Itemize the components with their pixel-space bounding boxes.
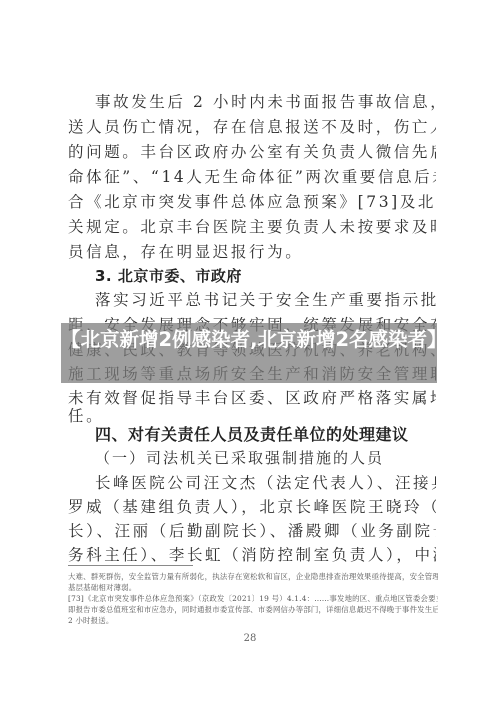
footnote-line: 2 小时报送。: [68, 615, 438, 626]
footnote-divider: [68, 565, 193, 566]
section-heading-3: 3. 北京市委、市政府: [95, 264, 242, 288]
body-line: 长）、汪丽（后勤副院长）、潘殿卿（业务副院长）、王朝阳（总: [68, 519, 436, 543]
body-line: 务科主任）、李长虹（消防控制室负责人），中源信诚公司王伟: [68, 543, 436, 567]
section-heading-4: 四、对有关责任人员及责任单位的处理建议: [95, 423, 409, 447]
footnote-line: 大难、群死群伤，安全监管力量有所弱化，执法存在宽松软和盲区，企业隐患排查治理效果…: [68, 571, 438, 582]
body-line: 员信息，存在明显迟报行为。: [68, 240, 436, 264]
body-line: 的问题。丰台区政府办公室有关负责人微信先后收到“6人无生: [68, 140, 436, 164]
document-page: 事故发生后 2 小时内未书面报告事故信息，7 小时内仍未报 送人员伤亡情况，存在…: [0, 0, 500, 706]
body-line: 关规定。北京丰台医院主要负责人未按要求及时上报事故死亡人: [68, 215, 436, 239]
page-number: 28: [0, 633, 500, 644]
body-line: 长峰医院公司汪文杰（法定代表人）、汪接兵（副总裁）、: [95, 471, 436, 495]
body-line: 罗威（基建组负责人），北京长峰医院王晓玲（执行总经理、院: [68, 495, 436, 519]
overlay-title: 【北京新增2例感染者,北京新增2名感染者】: [61, 323, 437, 353]
footnote-line: [73]《北京市突发事件总体应急预案》（京政发〔2021〕19 号）4.1.4：…: [68, 593, 438, 604]
footnote-line: 即报告市委总值班室和市应急办，同时通报市委宣传部、市委网信办等部门，详细信息最迟…: [68, 604, 438, 615]
body-line: 命体征”、“14人无生命体征”两次重要信息后未报告，不符: [68, 165, 436, 189]
subsection-heading: （一）司法机关已采取强制措施的人员: [95, 446, 384, 470]
body-line: 事故发生后 2 小时内未书面报告事故信息，7 小时内仍未报: [95, 90, 436, 114]
footnote-line: 基层基础相对薄弱。: [68, 582, 438, 593]
body-line: 送人员伤亡情况，存在信息报送不及时，伤亡人员情况报告迟缓: [68, 115, 436, 139]
body-line: 落实习近平总书记关于安全生产重要指示批示精神存在差: [95, 288, 436, 312]
body-line: 合《北京市突发事件总体应急预案》[73]及北京市应急值守工作有: [68, 190, 436, 214]
